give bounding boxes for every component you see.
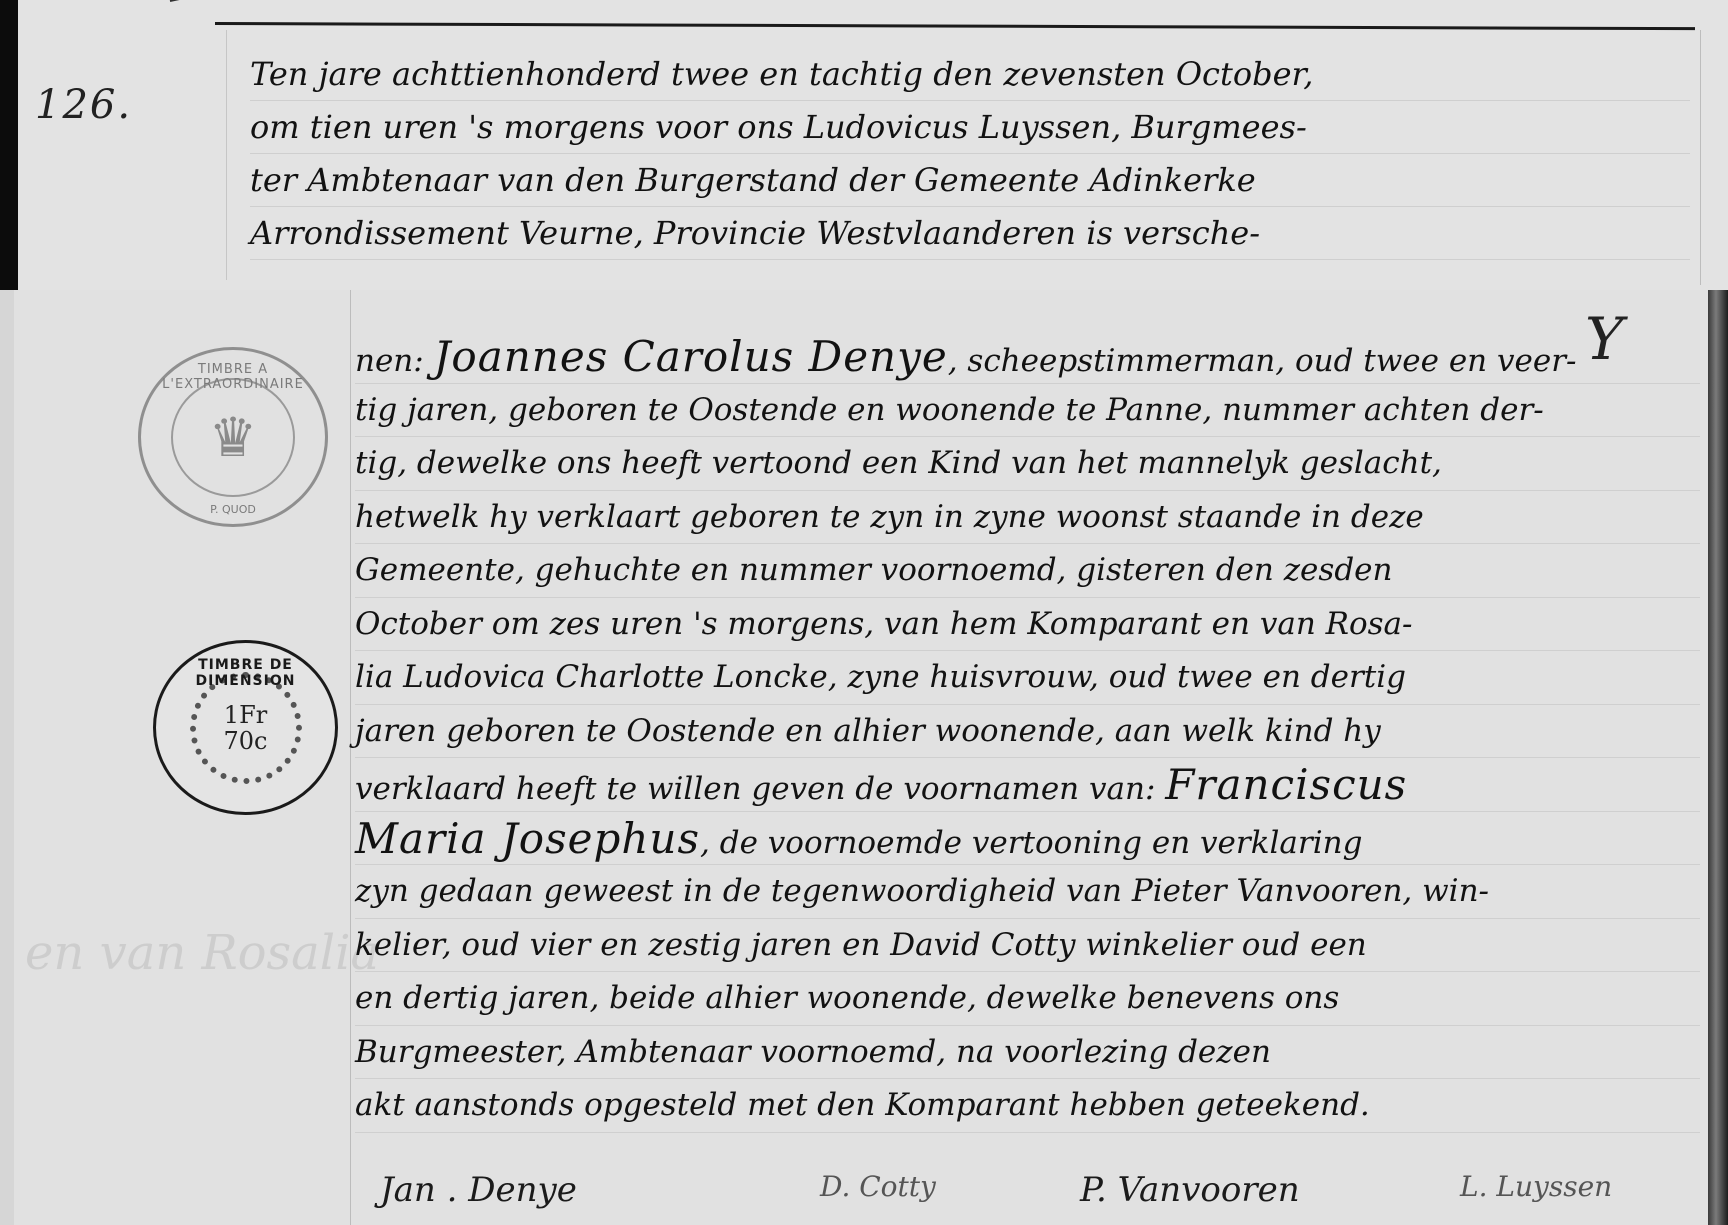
scan-border-right — [1708, 290, 1728, 1225]
text-line: tig, dewelke ons heeft vertoond een Kind… — [355, 437, 1700, 491]
extraordinary-stamp: TIMBRE A L'EXTRAORDINAIRE ♛ P. QUOD — [138, 347, 328, 527]
pen-stroke — [170, 0, 288, 2]
text-line: October om zes uren 's morgens, van hem … — [355, 598, 1700, 652]
stamp-value-centimes: 70c — [224, 728, 268, 754]
signature-witness-vanvooren: P. Vanvooren — [1080, 1170, 1300, 1210]
text-line: tig jaren, geboren te Oostende en woonen… — [355, 384, 1700, 438]
upper-record-section: 126. Ten jare achttienhonderd twee en ta… — [0, 0, 1728, 290]
text-line: lia Ludovica Charlotte Loncke, zyne huis… — [355, 651, 1700, 705]
lion-crown-icon: ♛ — [209, 406, 257, 469]
bleedthrough-text: en van Rosalia — [25, 925, 379, 981]
text-line: Gemeente, gehuchte en nummer voornoemd, … — [355, 544, 1700, 598]
text-line: Burgmeester, Ambtenaar voornoemd, na voo… — [355, 1026, 1700, 1080]
text-fragment: nen: — [355, 343, 434, 379]
text-line: Ten jare achttienhonderd twee en tachtig… — [250, 48, 1690, 101]
text-line: om tien uren 's morgens voor ons Ludovic… — [250, 101, 1690, 154]
signature-mayor: L. Luyssen — [1460, 1170, 1612, 1203]
text-line: kelier, oud vier en zestig jaren en Davi… — [355, 919, 1700, 973]
text-line: zyn gedaan geweest in de tegenwoordighei… — [355, 865, 1700, 919]
stamp-ring-text: TIMBRE A L'EXTRAORDINAIRE — [141, 362, 325, 392]
text-line: hetwelk hy verklaart geboren te zyn in z… — [355, 491, 1700, 545]
signature-witness-cotty: D. Cotty — [820, 1170, 936, 1203]
text-line: jaren geboren te Oostende en alhier woon… — [355, 705, 1700, 759]
page-edge-top — [1700, 30, 1701, 285]
child-middle-names: Maria Josephus — [355, 814, 700, 863]
dimension-stamp: TIMBRE DE DIMENSION 1Fr 70c — [153, 640, 338, 815]
stamp-inner-circle: ♛ — [171, 378, 295, 497]
margin-rule-top — [226, 30, 227, 280]
text-line: en dertig jaren, beide alhier woonende, … — [355, 972, 1700, 1026]
declarant-name: Joannes Carolus Denye — [434, 332, 948, 381]
entry-number: 126. — [35, 82, 132, 128]
text-fragment: , de voornoemde vertooning en verklaring — [700, 825, 1362, 861]
margin-rule — [350, 290, 351, 1225]
record-body-text: nen: Joannes Carolus Denye, scheepstimme… — [355, 330, 1700, 1133]
text-line: Arrondissement Veurne, Provincie Westvla… — [250, 207, 1690, 260]
text-line-given-names: verklaard heeft te willen geven de voorn… — [355, 758, 1700, 812]
stamp-bottom-text: P. QUOD — [141, 503, 325, 516]
record-opening-text: Ten jare achttienhonderd twee en tachtig… — [250, 48, 1690, 260]
stamp-ring-text: TIMBRE DE DIMENSION — [156, 657, 335, 689]
text-line: ter Ambtenaar van den Burgerstand der Ge… — [250, 154, 1690, 207]
stamp-value-francs: 1Fr — [224, 702, 267, 728]
text-fragment: verklaard heeft te willen geven de voorn… — [355, 771, 1165, 807]
scan-border-left — [0, 0, 18, 290]
signature-declarant: Jan . Denye — [380, 1170, 577, 1210]
page-edge-left — [0, 290, 14, 1225]
signatures-row: Jan . Denye D. Cotty P. Vanvooren L. Luy… — [380, 1170, 1700, 1220]
separator-rule — [215, 22, 1695, 30]
child-first-name: Franciscus — [1165, 760, 1407, 809]
text-fragment: , scheepstimmerman, oud twee en veer- — [948, 343, 1577, 379]
text-line-child-names: Maria Josephus, de voornoemde vertooning… — [355, 812, 1700, 866]
text-line-declarant: nen: Joannes Carolus Denye, scheepstimme… — [355, 330, 1700, 384]
text-line: akt aanstonds opgesteld met den Komparan… — [355, 1079, 1700, 1133]
